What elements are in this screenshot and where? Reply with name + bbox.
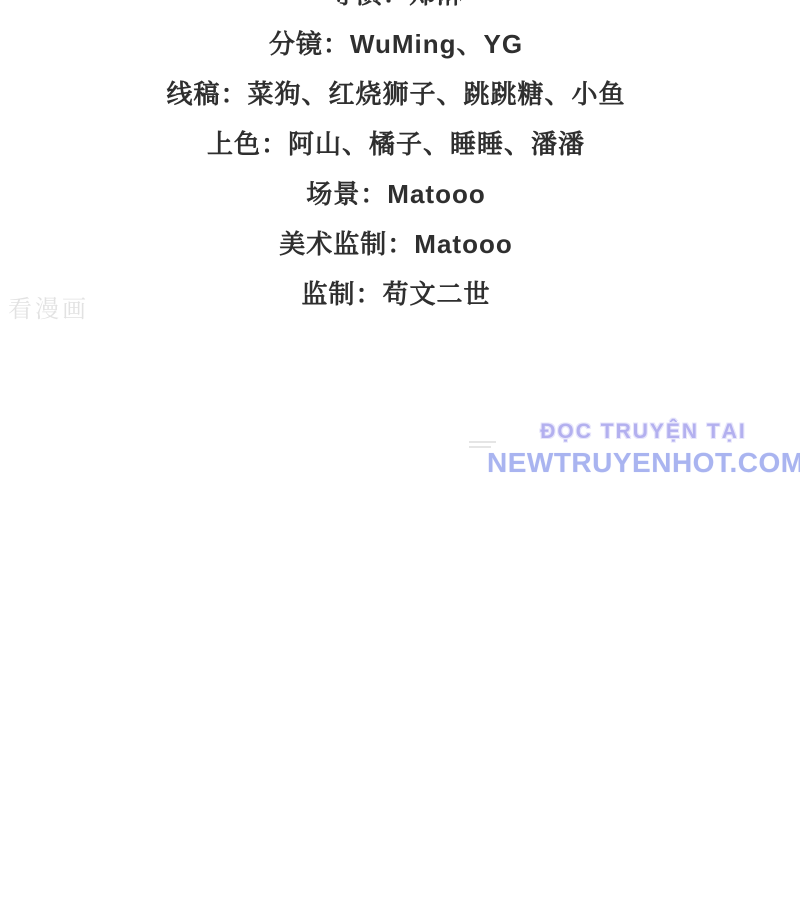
side-watermark-text: 看漫画: [8, 289, 89, 324]
promo-watermark-tagline: ĐỌC TRUYỆN TẠI: [501, 420, 786, 444]
faint-text-line: [469, 441, 496, 443]
credit-line-background: 场景：Matooo: [0, 169, 792, 219]
credit-line-supervisor: 监制：苟文二世: [0, 269, 792, 319]
credit-line-coloring: 上色：阿山、橘子、睡睡、潘潘: [0, 119, 792, 169]
credit-value: 郑淋: [410, 0, 464, 9]
credit-line-art-supervisor: 美术监制：Matooo: [0, 219, 792, 269]
credit-value: 苟文二世: [383, 279, 491, 309]
credit-value: WuMing、YG: [350, 29, 523, 59]
credit-value: 菜狗、红烧狮子、跳跳糖、小鱼: [248, 79, 626, 109]
credit-label: 场景：: [306, 179, 387, 209]
credit-label: 监制：: [301, 279, 382, 309]
promo-watermark-sitename: NEWTRUYENHOT.COM: [487, 447, 772, 479]
credit-label: 上色：: [207, 129, 288, 159]
credits-block: 导演：郑淋 分镜：WuMing、YG 线稿：菜狗、红烧狮子、跳跳糖、小鱼 上色：…: [0, 0, 792, 319]
credit-line-lineart: 线稿：菜狗、红烧狮子、跳跳糖、小鱼: [0, 69, 792, 119]
credit-label: 导演：: [328, 0, 409, 9]
credit-value: Matooo: [387, 179, 485, 209]
credit-line-director: 导演：郑淋: [0, 0, 792, 19]
credit-value: Matooo: [414, 229, 512, 259]
credit-line-storyboard: 分镜：WuMing、YG: [0, 19, 792, 69]
credit-label: 线稿：: [166, 79, 247, 109]
credit-value: 阿山、橘子、睡睡、潘潘: [288, 129, 585, 159]
credit-label: 分镜：: [269, 29, 350, 59]
credit-label: 美术监制：: [279, 229, 414, 259]
